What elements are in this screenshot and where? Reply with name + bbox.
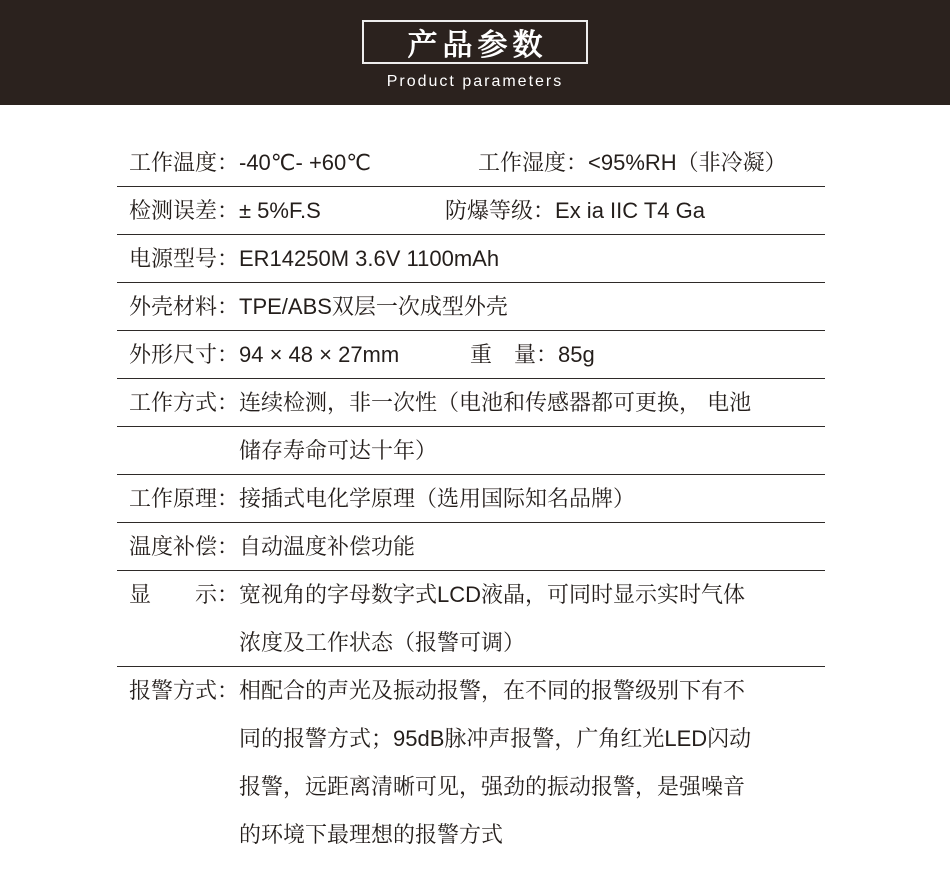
- spec-label-power-model: 电源型号：: [129, 235, 239, 282]
- spec-row-principle: 工作原理：接插式电化学原理（选用国际知名品牌）: [117, 475, 825, 523]
- page-title: 产品参数: [403, 20, 548, 64]
- spec-row-temperature-humidity: 工作温度：-40℃- +60℃ 工作湿度：<95%RH（非冷凝）: [117, 139, 825, 187]
- spec-value-alarm-line4: 的环境下最理想的报警方式: [239, 811, 825, 859]
- spec-value-work-humidity: <95%RH（非冷凝）: [588, 150, 787, 175]
- spec-cell: 工作原理：接插式电化学原理（选用国际知名品牌）: [129, 475, 635, 523]
- spec-value-dimensions: 94 × 48 × 27mm: [239, 342, 399, 367]
- spec-row-work-mode-line2: 储存寿命可达十年）: [117, 427, 825, 475]
- spec-row-work-mode-line1: 工作方式：连续检测，非一次性（电池和传感器都可更换， 电池: [117, 379, 825, 427]
- spec-value-work-mode-line2: 储存寿命可达十年）: [239, 438, 437, 463]
- spec-value-shell-material: TPE/ABS双层一次成型外壳: [239, 294, 508, 319]
- spec-row-dimensions-weight: 外形尺寸：94 × 48 × 27mm 重 量：85g: [117, 331, 825, 379]
- spec-label-display: 显 示：: [129, 571, 239, 619]
- spec-cell: 重 量：85g: [470, 331, 595, 379]
- spec-value-power-model: ER14250M 3.6V 1100mAh: [239, 246, 499, 271]
- spec-label-work-temperature: 工作温度：: [129, 139, 239, 186]
- spec-label-work-mode: 工作方式：: [129, 379, 239, 426]
- spec-row-accuracy-explosionproof: 检测误差：± 5%F.S 防爆等级：Ex ia IIC T4 Ga: [117, 187, 825, 235]
- spec-value-display-line2: 浓度及工作状态（报警可调）: [239, 619, 825, 667]
- spec-label-temp-compensation: 温度补偿：: [129, 523, 239, 570]
- spec-row-power: 电源型号：ER14250M 3.6V 1100mAh: [117, 235, 825, 283]
- spec-cell: 外形尺寸：94 × 48 × 27mm: [129, 331, 399, 379]
- spec-value-detection-error: ± 5%F.S: [239, 198, 321, 223]
- spec-cell: 工作温度：-40℃- +60℃: [129, 139, 371, 187]
- header-band: 产品参数 Product parameters: [0, 0, 950, 105]
- title-box: 产品参数: [362, 20, 588, 64]
- spec-cell: 检测误差：± 5%F.S: [129, 187, 321, 235]
- spec-value-weight: 85g: [558, 342, 595, 367]
- spec-value-alarm-line3: 报警，远距离清晰可见，强劲的振动报警，是强噪音: [239, 763, 825, 811]
- spec-value-alarm-line1: 相配合的声光及振动报警，在不同的报警级别下有不: [239, 667, 825, 715]
- spec-label-working-principle: 工作原理：: [129, 475, 239, 522]
- page-subtitle: Product parameters: [0, 73, 950, 91]
- spec-cell: 电源型号：ER14250M 3.6V 1100mAh: [129, 235, 499, 283]
- spec-value-explosionproof-grade: Ex ia IIC T4 Ga: [555, 198, 705, 223]
- spec-value-display-line1: 宽视角的字母数字式LCD液晶，可同时显示实时气体: [239, 571, 825, 619]
- spec-label-shell-material: 外壳材料：: [129, 283, 239, 330]
- spec-cell: 防爆等级：Ex ia IIC T4 Ga: [445, 187, 705, 235]
- spec-cell: 温度补偿：自动温度补偿功能: [129, 523, 415, 571]
- spec-value-work-temperature: -40℃- +60℃: [239, 150, 371, 175]
- spec-value-work-mode-line1: 连续检测，非一次性（电池和传感器都可更换， 电池: [239, 390, 751, 415]
- spec-label-weight: 重 量：: [470, 342, 558, 367]
- spec-label-alarm-mode: 报警方式：: [129, 667, 239, 715]
- spec-row-shell-material: 外壳材料：TPE/ABS双层一次成型外壳: [117, 283, 825, 331]
- spec-cell: 工作湿度：<95%RH（非冷凝）: [478, 139, 787, 187]
- spec-label-work-humidity: 工作湿度：: [478, 150, 588, 175]
- spec-label-detection-error: 检测误差：: [129, 187, 239, 234]
- spec-cell: 工作方式：连续检测，非一次性（电池和传感器都可更换， 电池: [129, 379, 751, 427]
- spec-label-dimensions: 外形尺寸：: [129, 331, 239, 378]
- spec-label-explosionproof-grade: 防爆等级：: [445, 198, 555, 223]
- spec-table: 工作温度：-40℃- +60℃ 工作湿度：<95%RH（非冷凝） 检测误差：± …: [117, 139, 825, 859]
- spec-value-working-principle: 接插式电化学原理（选用国际知名品牌）: [239, 486, 635, 511]
- spec-cell: 外壳材料：TPE/ABS双层一次成型外壳: [129, 283, 508, 331]
- spec-value-alarm-line2: 同的报警方式；95dB脉冲声报警，广角红光LED闪动: [239, 715, 825, 763]
- spec-row-alarm-mode: 报警方式： 相配合的声光及振动报警，在不同的报警级别下有不 同的报警方式；95d…: [117, 667, 825, 859]
- spec-row-display: 显 示： 宽视角的字母数字式LCD液晶，可同时显示实时气体 浓度及工作状态（报警…: [117, 571, 825, 667]
- spec-value-temp-compensation: 自动温度补偿功能: [239, 534, 415, 559]
- spec-row-temp-compensation: 温度补偿：自动温度补偿功能: [117, 523, 825, 571]
